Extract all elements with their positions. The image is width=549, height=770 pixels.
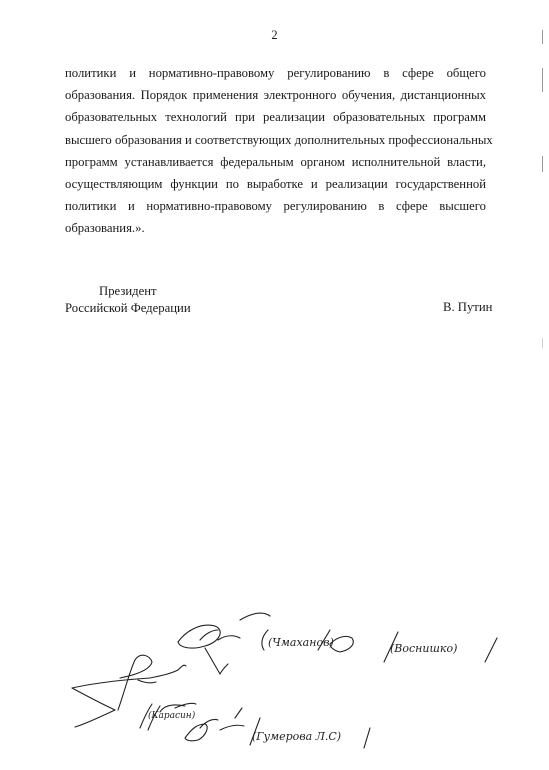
- page-number: 2: [0, 28, 549, 43]
- body-line: осуществляющим функции по выработке и ре…: [65, 173, 486, 195]
- signatory-title: Президент Российской Федерации: [65, 283, 191, 317]
- handwritten-note: (Карасин): [148, 710, 196, 721]
- scan-edge-mark: [542, 156, 543, 172]
- body-line: образования.».: [65, 217, 486, 239]
- body-line: политики и нормативно-правовому регулиро…: [65, 62, 486, 84]
- body-line: образовательных технологий при реализаци…: [65, 106, 486, 128]
- body-line: политики и нормативно-правовому регулиро…: [65, 195, 486, 217]
- body-line: программ устанавливается федеральным орг…: [65, 151, 486, 173]
- signatory-title-line2: Российской Федерации: [65, 300, 191, 317]
- body-line: высшего образования и соответствующих до…: [65, 129, 486, 151]
- handwritten-signatures: (Чмаханов) (Воснишко) (Гумерова Л.С) (Ка…: [0, 600, 549, 770]
- scan-edge-mark: [542, 68, 543, 92]
- handwritten-note: (Воснишко): [390, 642, 457, 655]
- scan-edge-mark: [542, 30, 543, 44]
- handwritten-note: (Гумерова Л.С): [252, 730, 341, 743]
- signatory-name: В. Путин: [443, 300, 492, 315]
- body-line: образования. Порядок применения электрон…: [65, 84, 486, 106]
- signatory-title-line1: Президент: [65, 283, 191, 300]
- handwritten-note: (Чмаханов): [268, 636, 334, 649]
- document-body: политики и нормативно-правовому регулиро…: [65, 62, 486, 240]
- signatures-drawing: (Чмаханов) (Воснишко) (Гумерова Л.С) (Ка…: [0, 600, 549, 770]
- scan-edge-mark: [542, 338, 543, 348]
